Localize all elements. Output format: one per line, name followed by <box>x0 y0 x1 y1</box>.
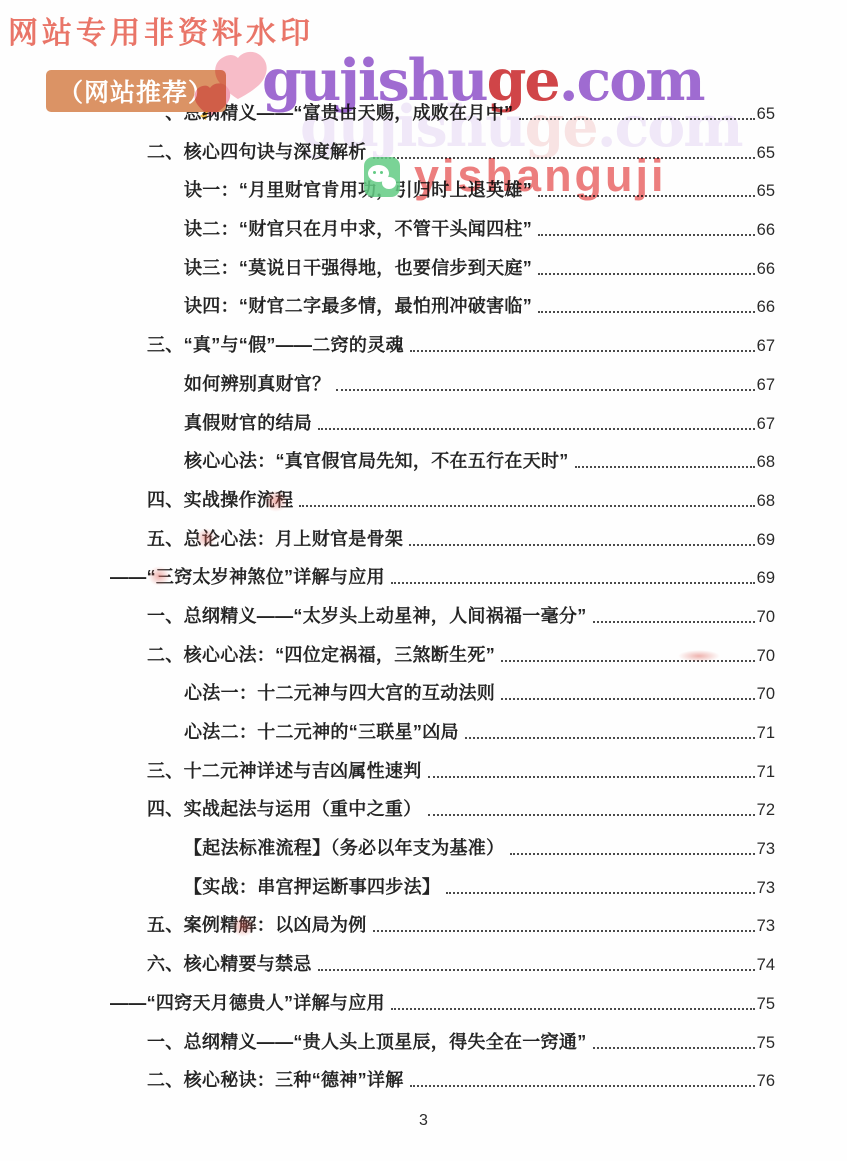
toc-entry-title: 三、“真”与“假”——二窍的灵魂 <box>147 332 404 358</box>
toc-leader-dots <box>428 776 755 778</box>
toc-entry-title: 四、实战操作流程 <box>147 487 293 513</box>
toc-page-ref: 69 <box>757 527 775 553</box>
toc-entry-title: 四、实战起法与运用（重中之重） <box>147 796 422 822</box>
toc-entry: 诀三：“莫说日干强得地，也要信步到天庭” 66 <box>184 255 775 281</box>
toc-page-ref: 71 <box>757 759 775 785</box>
toc-page-ref: 70 <box>757 681 775 707</box>
wechat-icon <box>364 157 400 197</box>
toc-page-ref: 70 <box>757 643 775 669</box>
toc-entry-title: 【起法标准流程】（务必以年支为基准） <box>184 835 504 861</box>
toc-entry-title: 真假财官的结局 <box>184 410 312 436</box>
toc-leader-dots <box>373 930 755 932</box>
toc-leader-dots <box>575 466 755 468</box>
toc-page-ref: 67 <box>757 333 775 359</box>
toc-entry: 【实战：串宫押运断事四步法】 73 <box>184 874 775 900</box>
toc-page-ref: 66 <box>757 294 775 320</box>
toc-entry: 三、十二元神详述与吉凶属性速判 71 <box>147 758 775 784</box>
toc-page-ref: 65 <box>757 178 775 204</box>
toc-page-ref: 72 <box>757 797 775 823</box>
toc-entry: ——“三窍太岁神煞位”详解与应用 69 <box>110 564 775 590</box>
toc-entry-title: 【实战：串宫押运断事四步法】 <box>184 874 440 900</box>
toc-page-ref: 66 <box>757 217 775 243</box>
toc-page-ref: 68 <box>757 488 775 514</box>
toc-entry: 【起法标准流程】（务必以年支为基准） 73 <box>184 835 775 861</box>
top-watermark-text: 网站专用非资料水印 <box>8 8 314 52</box>
toc-entry-title: 一、总纲精义——“贵人头上顶星辰，得失全在一窍通” <box>147 1029 587 1055</box>
toc-leader-dots <box>510 853 754 855</box>
toc-entry-title: 二、核心秘诀：三种“德神”详解 <box>147 1067 404 1093</box>
domain-watermark: gujishuge.com <box>262 52 704 109</box>
toc-entry: 如何辨别真财官？ 67 <box>184 371 775 397</box>
domain-mid: ge <box>487 47 559 114</box>
toc-page-ref: 69 <box>757 565 775 591</box>
toc-leader-dots <box>501 698 755 700</box>
toc-page-ref: 70 <box>757 604 775 630</box>
toc-entry: 三、“真”与“假”——二窍的灵魂 67 <box>147 332 775 358</box>
toc-entry: 诀二：“财官只在月中求，不管干头闻四柱” 66 <box>184 216 775 242</box>
toc-page-ref: 74 <box>757 952 775 978</box>
toc-leader-dots <box>410 350 755 352</box>
toc-entry: 二、核心心法：“四位定祸福，三煞断生死” 70 <box>147 642 775 668</box>
toc-entry: 四、实战起法与运用（重中之重） 72 <box>147 796 775 822</box>
toc-page-ref: 68 <box>757 449 775 475</box>
toc-entry: 五、总论心法：月上财官是骨架 69 <box>147 526 775 552</box>
toc-leader-dots <box>391 1008 755 1010</box>
toc-entry-title: 二、核心心法：“四位定祸福，三煞断生死” <box>147 642 495 668</box>
toc-entry-title: 诀四：“财官二字最多情，最怕刑冲破害临” <box>184 293 532 319</box>
toc-entry-title: 六、核心精要与禁忌 <box>147 951 312 977</box>
toc-entry: 五、案例精解：以凶局为例 73 <box>147 912 775 938</box>
domain-prefix: gujishu <box>262 47 487 114</box>
toc-entry: 诀四：“财官二字最多情，最怕刑冲破害临” 66 <box>184 293 775 319</box>
toc-entry-title: 诀三：“莫说日干强得地，也要信步到天庭” <box>184 255 532 281</box>
toc-entry: 心法二：十二元神的“三联星”凶局 71 <box>184 719 775 745</box>
toc-leader-dots <box>391 582 755 584</box>
site-recommend-badge-label: （网站推荐） <box>58 73 214 109</box>
toc-leader-dots <box>428 814 755 816</box>
toc-leader-dots <box>409 544 754 546</box>
toc-entry-title: 核心心法：“真官假官局先知，不在五行在天时” <box>184 448 569 474</box>
toc-entry: ——“四窍天月德贵人”详解与应用 75 <box>110 990 775 1016</box>
toc-leader-dots <box>501 660 755 662</box>
toc-entry-title: ——“四窍天月德贵人”详解与应用 <box>110 990 385 1016</box>
toc-entry: 二、核心秘诀：三种“德神”详解 76 <box>147 1067 775 1093</box>
toc-entry-title: 心法二：十二元神的“三联星”凶局 <box>184 719 459 745</box>
brand-watermark: yishanguji <box>414 150 667 202</box>
toc-entry: 一、总纲精义——“贵人头上顶星辰，得失全在一窍通” 75 <box>147 1029 775 1055</box>
toc-leader-dots <box>299 505 754 507</box>
toc-leader-dots <box>538 234 755 236</box>
toc-leader-dots <box>410 1085 755 1087</box>
domain-suffix: .com <box>559 47 704 114</box>
toc-page-ref: 65 <box>757 140 775 166</box>
toc-leader-dots <box>318 428 755 430</box>
toc-leader-dots <box>593 621 755 623</box>
toc-page-ref: 65 <box>757 101 775 127</box>
toc-page-ref: 73 <box>757 875 775 901</box>
toc-entry-title: 诀二：“财官只在月中求，不管干头闻四柱” <box>184 216 532 242</box>
toc-entry-title: 五、总论心法：月上财官是骨架 <box>147 526 403 552</box>
toc-leader-dots <box>538 311 755 313</box>
document-page: 一、总纲精义——“富贵由天赐，成败在月中” 65 二、核心四句诀与深度解析 65… <box>0 0 847 1161</box>
toc-entry: 四、实战操作流程 68 <box>147 487 775 513</box>
toc-page-ref: 73 <box>757 836 775 862</box>
hearts-icon <box>192 50 277 130</box>
toc-entry-title: 二、核心四句诀与深度解析 <box>147 139 367 165</box>
toc-entry-title: 一、总纲精义——“太岁头上动星神，人间祸福一毫分” <box>147 603 587 629</box>
toc-entry-title: ——“三窍太岁神煞位”详解与应用 <box>110 564 385 590</box>
toc-leader-dots <box>519 118 754 120</box>
toc-page-ref: 67 <box>757 372 775 398</box>
toc-leader-dots <box>465 737 755 739</box>
toc-entry-title: 如何辨别真财官？ <box>184 371 330 397</box>
toc-page-ref: 67 <box>757 411 775 437</box>
toc-leader-dots <box>593 1047 755 1049</box>
toc-entry-title: 三、十二元神详述与吉凶属性速判 <box>147 758 422 784</box>
toc-leader-dots <box>336 389 754 391</box>
toc-entry: 心法一：十二元神与四大宫的互动法则 70 <box>184 680 775 706</box>
toc-entry: 一、总纲精义——“太岁头上动星神，人间祸福一毫分” 70 <box>147 603 775 629</box>
toc-page-ref: 75 <box>757 991 775 1017</box>
toc-entry: 核心心法：“真官假官局先知，不在五行在天时” 68 <box>184 448 775 474</box>
page-number: 3 <box>0 1112 847 1130</box>
toc-page-ref: 75 <box>757 1030 775 1056</box>
toc-leader-dots <box>446 892 754 894</box>
toc-entry-title: 五、案例精解：以凶局为例 <box>147 912 367 938</box>
toc-entry: 真假财官的结局 67 <box>184 410 775 436</box>
toc-leader-dots <box>318 969 755 971</box>
toc-page-ref: 73 <box>757 913 775 939</box>
toc-entry: 六、核心精要与禁忌 74 <box>147 951 775 977</box>
wechat-bubble-small <box>382 177 396 189</box>
toc-entry-title: 心法一：十二元神与四大宫的互动法则 <box>184 680 495 706</box>
toc-page-ref: 66 <box>757 256 775 282</box>
toc-page-ref: 71 <box>757 720 775 746</box>
toc-leader-dots <box>538 273 755 275</box>
toc-page-ref: 76 <box>757 1068 775 1094</box>
